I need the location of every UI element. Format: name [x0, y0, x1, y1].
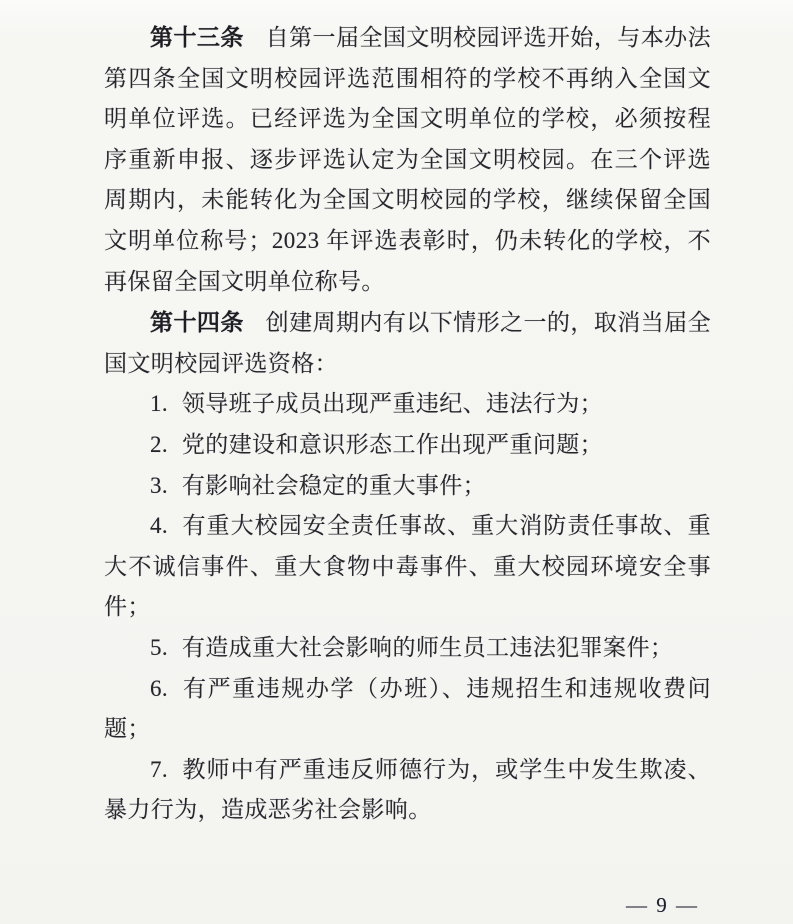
item-text: 有造成重大社会影响的师生员工违法犯罪案件； — [182, 635, 673, 660]
numbered-item-4: 4.有重大校园安全责任事故、重大消防责任事故、重大不诚信事件、重大食物中毒事件、… — [104, 506, 711, 628]
numbered-item-6: 6.有严重违规办学（办班）、违规招生和违规收费问题； — [104, 669, 711, 750]
item-number: 6. — [150, 676, 168, 701]
page-number: — 9 — — [626, 893, 699, 918]
item-text: 教师中有严重违反师德行为，或学生中发生欺凌、暴力行为，造成恶劣社会影响。 — [104, 757, 711, 823]
item-text: 党的建设和意识形态工作出现严重问题； — [182, 432, 603, 457]
item-number: 1. — [150, 391, 168, 416]
item-number: 3. — [150, 473, 168, 498]
item-number: 7. — [150, 757, 168, 782]
numbered-item-3: 3.有影响社会稳定的重大事件； — [104, 466, 711, 507]
item-text: 领导班子成员出现严重违纪、违法行为； — [182, 391, 603, 416]
numbered-item-7: 7.教师中有严重违反师德行为，或学生中发生欺凌、暴力行为，造成恶劣社会影响。 — [104, 750, 711, 831]
article-14-heading: 第十四条 — [150, 309, 244, 335]
article-13-text: 自第一届全国文明校园评选开始，与本办法第四条全国文明校园评选范围相符的学校不再纳… — [104, 25, 711, 294]
numbered-item-2: 2.党的建设和意识形态工作出现严重问题； — [104, 425, 711, 466]
numbered-item-1: 1.领导班子成员出现严重违纪、违法行为； — [104, 384, 711, 425]
item-number: 2. — [150, 432, 168, 457]
item-text: 有重大校园安全责任事故、重大消防责任事故、重大不诚信事件、重大食物中毒事件、重大… — [104, 513, 711, 619]
article-14-paragraph: 第十四条创建周期内有以下情形之一的，取消当届全国文明校园评选资格： — [104, 302, 711, 384]
numbered-item-5: 5.有造成重大社会影响的师生员工违法犯罪案件； — [104, 628, 711, 669]
article-13-paragraph: 第十三条自第一届全国文明校园评选开始，与本办法第四条全国文明校园评选范围相符的学… — [104, 17, 711, 302]
item-text: 有影响社会稳定的重大事件； — [182, 473, 486, 498]
document-body: 第十三条自第一届全国文明校园评选开始，与本办法第四条全国文明校园评选范围相符的学… — [104, 17, 711, 831]
document-page: 第十三条自第一届全国文明校园评选开始，与本办法第四条全国文明校园评选范围相符的学… — [0, 0, 793, 924]
article-13-heading: 第十三条 — [150, 24, 244, 50]
item-text: 有严重违规办学（办班）、违规招生和违规收费问题； — [104, 676, 711, 742]
item-number: 5. — [150, 635, 168, 660]
item-number: 4. — [150, 513, 168, 538]
